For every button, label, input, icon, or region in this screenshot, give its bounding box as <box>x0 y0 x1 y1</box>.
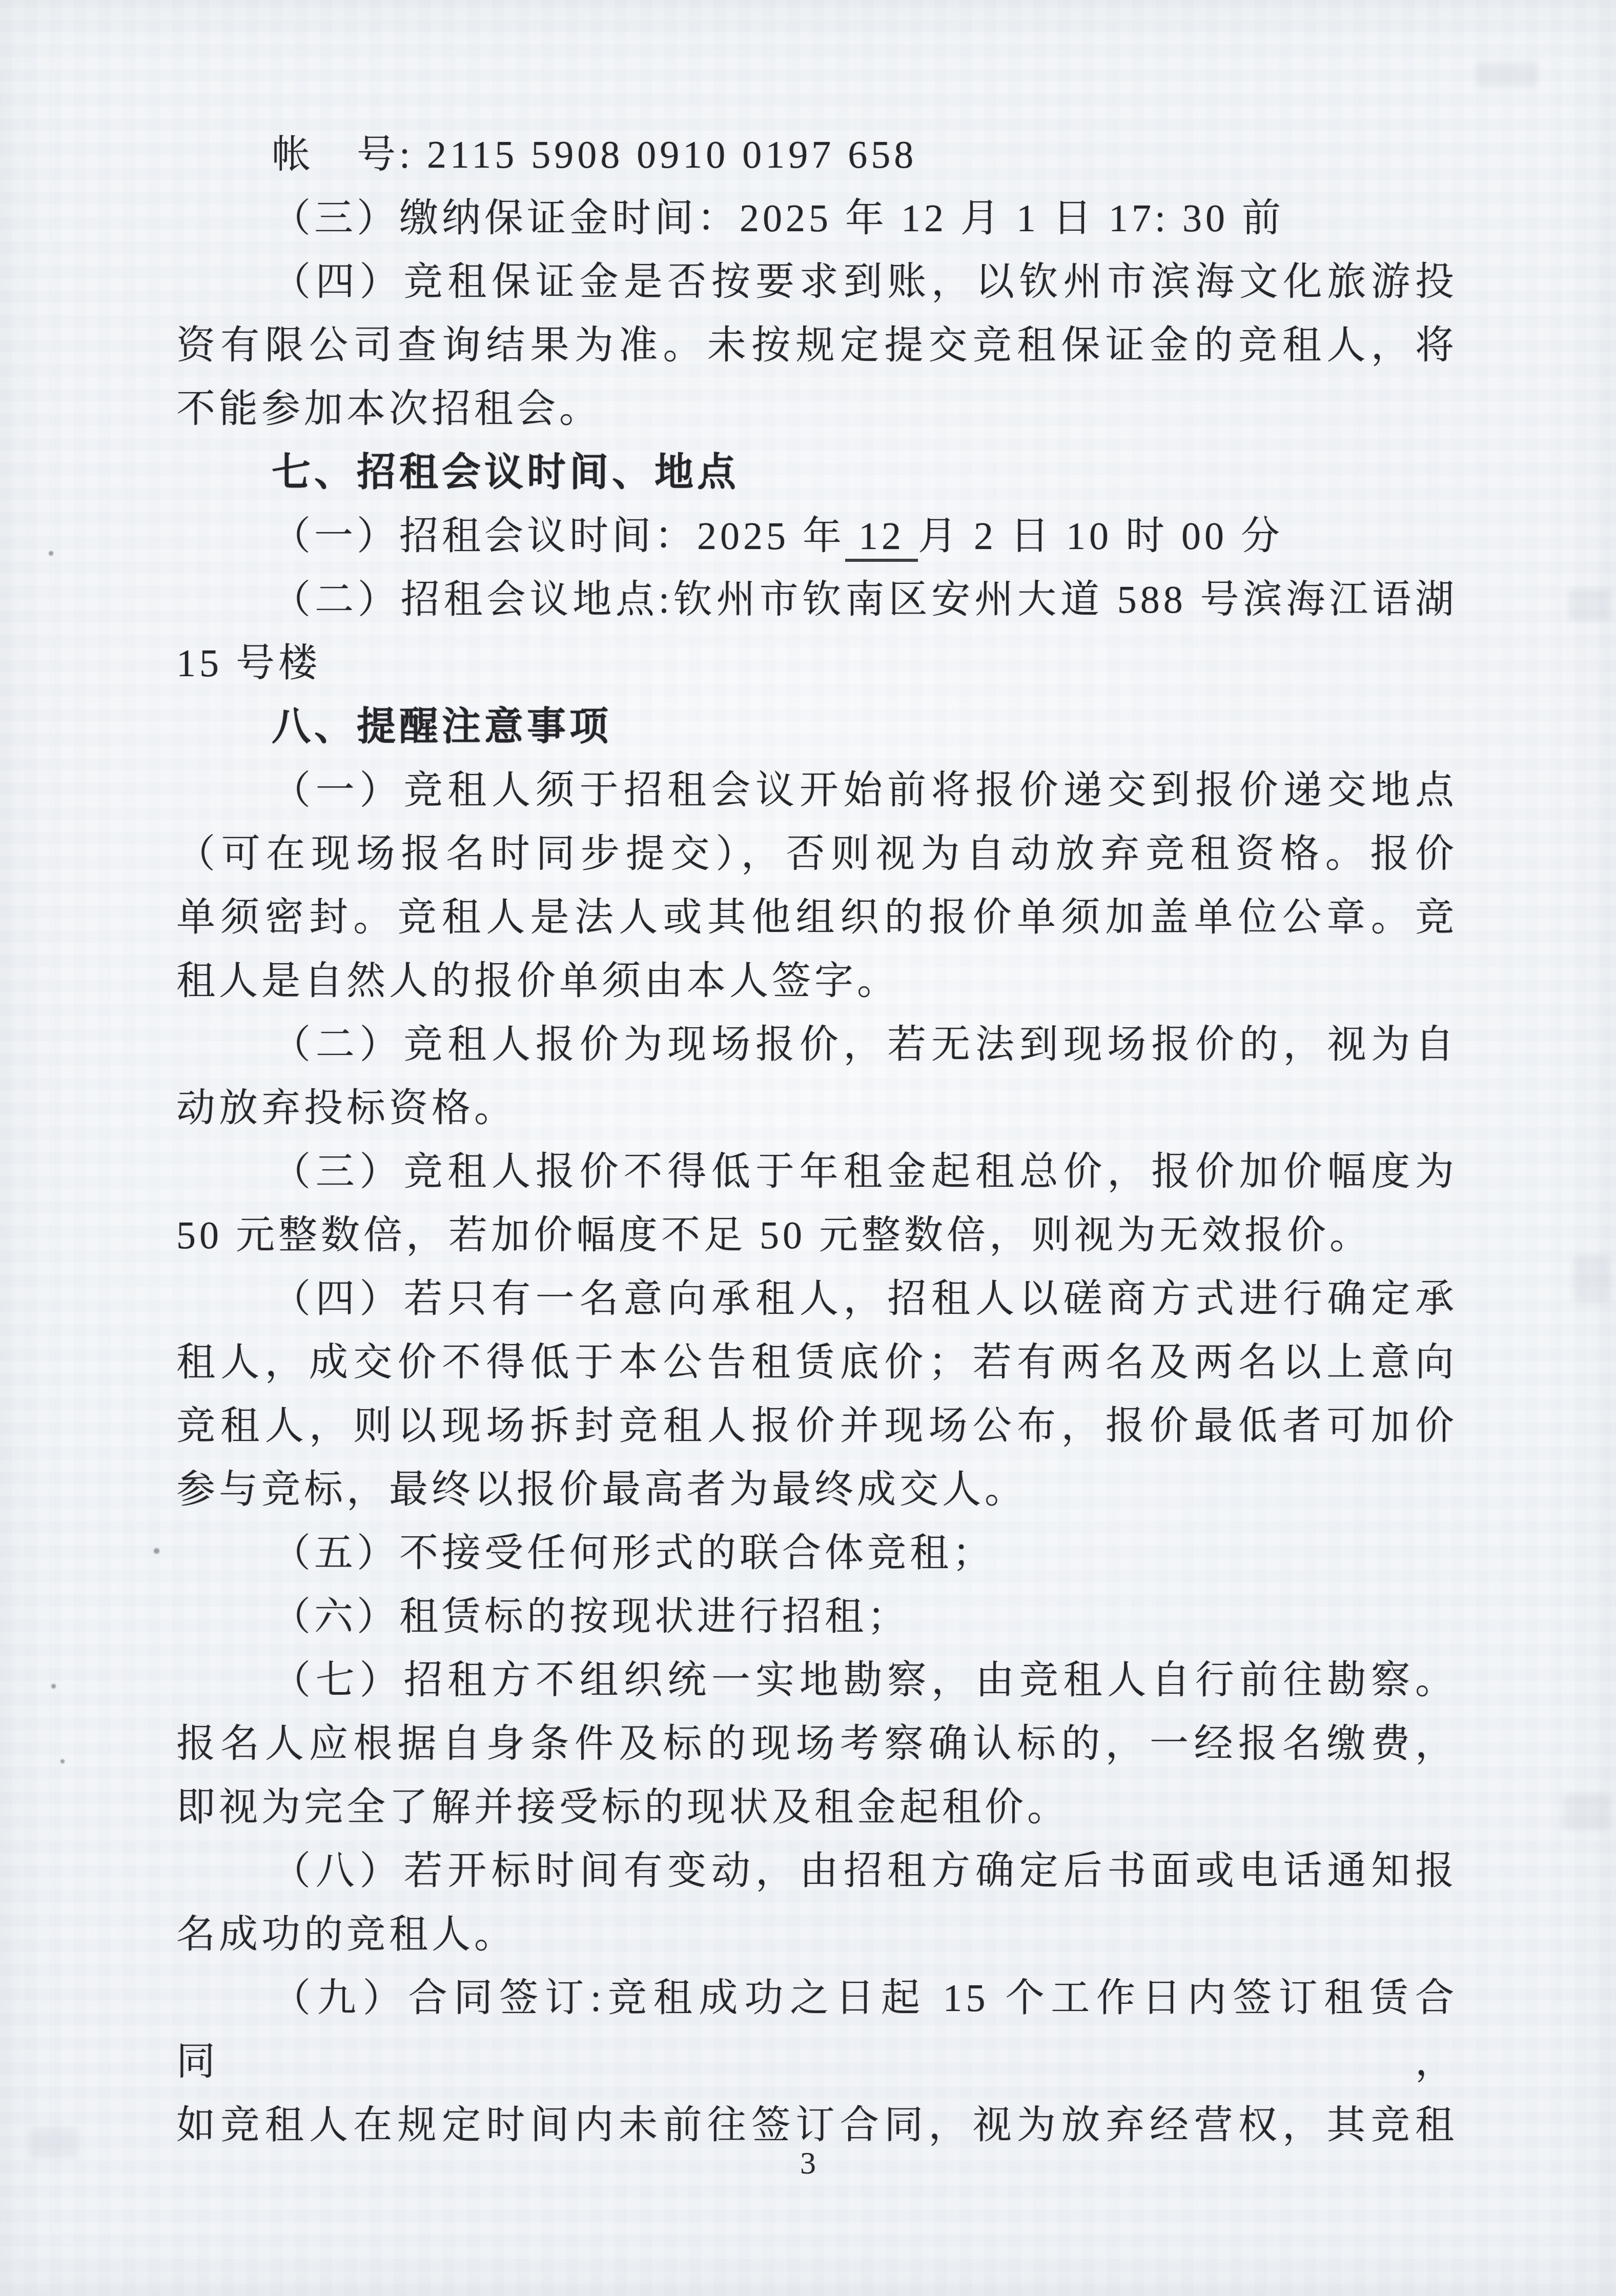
text-line: 帐 号: 2115 5908 0910 0197 658 <box>176 123 1458 187</box>
text-line: （四）竞租保证金是否按要求到账，以钦州市滨海文化旅游投 <box>176 250 1458 314</box>
text-line: （可在现场报名时同步提交），否则视为自动放弃竞租资格。报价 <box>176 822 1458 886</box>
text-line: （九）合同签订:竞租成功之日起 15 个工作日内签订租赁合同， <box>176 1966 1458 2094</box>
text-line: 竞租人，则以现场拆封竞租人报价并现场公布，报价最低者可加价 <box>176 1394 1458 1458</box>
text-line: （三）缴纳保证金时间：2025 年 12 月 1 日 17: 30 前 <box>176 187 1458 250</box>
line-text: （一）招租会议时间：2025 年 <box>272 515 845 558</box>
text-line: （六）租赁标的按现状进行招租； <box>176 1585 1458 1649</box>
scan-speck <box>154 1548 159 1554</box>
page-number: 3 <box>0 2143 1616 2184</box>
text-line: （三）竞租人报价不得低于年租金起租总价，报价加价幅度为 <box>176 1140 1458 1204</box>
scan-smudge <box>1573 1256 1609 1302</box>
text-line: （五）不接受任何形式的联合体竞租； <box>176 1521 1458 1585</box>
line-text: 月 2 日 10 时 00 分 <box>918 515 1283 558</box>
text-line: 名成功的竞租人。 <box>176 1903 1458 1966</box>
text-line: 15 号楼 <box>176 632 1458 695</box>
scan-speck <box>49 551 53 556</box>
text-line: 50 元整数倍，若加价幅度不足 50 元整数倍，则视为无效报价。 <box>176 1204 1458 1267</box>
text-line: （二）竞租人报价为现场报价，若无法到现场报价的，视为自 <box>176 1013 1458 1076</box>
text-line: （七）招租方不组织统一实地勘察，由竞租人自行前往勘察。 <box>176 1649 1458 1712</box>
section-heading: 七、招租会议时间、地点 <box>176 441 1458 504</box>
scan-smudge <box>1476 62 1538 87</box>
text-line: （一）招租会议时间：2025 年 12 月 2 日 10 时 00 分 <box>176 504 1458 568</box>
text-line: （一）竞租人须于招租会议开始前将报价递交到报价递交地点 <box>176 759 1458 822</box>
text-line: 动放弃投标资格。 <box>176 1076 1458 1140</box>
text-line: （四）若只有一名意向承租人，招租人以磋商方式进行确定承 <box>176 1267 1458 1331</box>
text-line: 不能参加本次招租会。 <box>176 377 1458 441</box>
text-line: 租人是自然人的报价单须由本人签字。 <box>176 949 1458 1013</box>
text-line: 即视为完全了解并接受标的现状及租金起租价。 <box>176 1776 1458 1839</box>
scan-speck <box>51 1684 56 1689</box>
scan-speck <box>60 1759 65 1763</box>
text-line: 资有限公司查询结果为准。未按规定提交竞租保证金的竞租人，将 <box>176 314 1458 377</box>
text-line: 报名人应根据自身条件及标的现场考察确认标的，一经报名缴费， <box>176 1712 1458 1776</box>
text-line: 租人，成交价不得低于本公告租赁底价；若有两名及两名以上意向 <box>176 1331 1458 1394</box>
scan-smudge <box>1568 590 1609 620</box>
scan-smudge <box>1563 1794 1609 1830</box>
text-line: （二）招租会议地点:钦州市钦南区安州大道 588 号滨海江语湖 <box>176 568 1458 632</box>
text-line: （八）若开标时间有变动，由招租方确定后书面或电话通知报 <box>176 1839 1458 1903</box>
document-body: 帐 号: 2115 5908 0910 0197 658（三）缴纳保证金时间：2… <box>176 123 1458 2157</box>
text-line: 单须密封。竞租人是法人或其他组织的报价单须加盖单位公章。竞 <box>176 886 1458 949</box>
section-heading: 八、提醒注意事项 <box>176 695 1458 759</box>
scanned-document-page: 帐 号: 2115 5908 0910 0197 658（三）缴纳保证金时间：2… <box>0 0 1616 2296</box>
underlined-value: 12 <box>845 515 918 562</box>
text-line: 参与竞标，最终以报价最高者为最终成交人。 <box>176 1458 1458 1521</box>
